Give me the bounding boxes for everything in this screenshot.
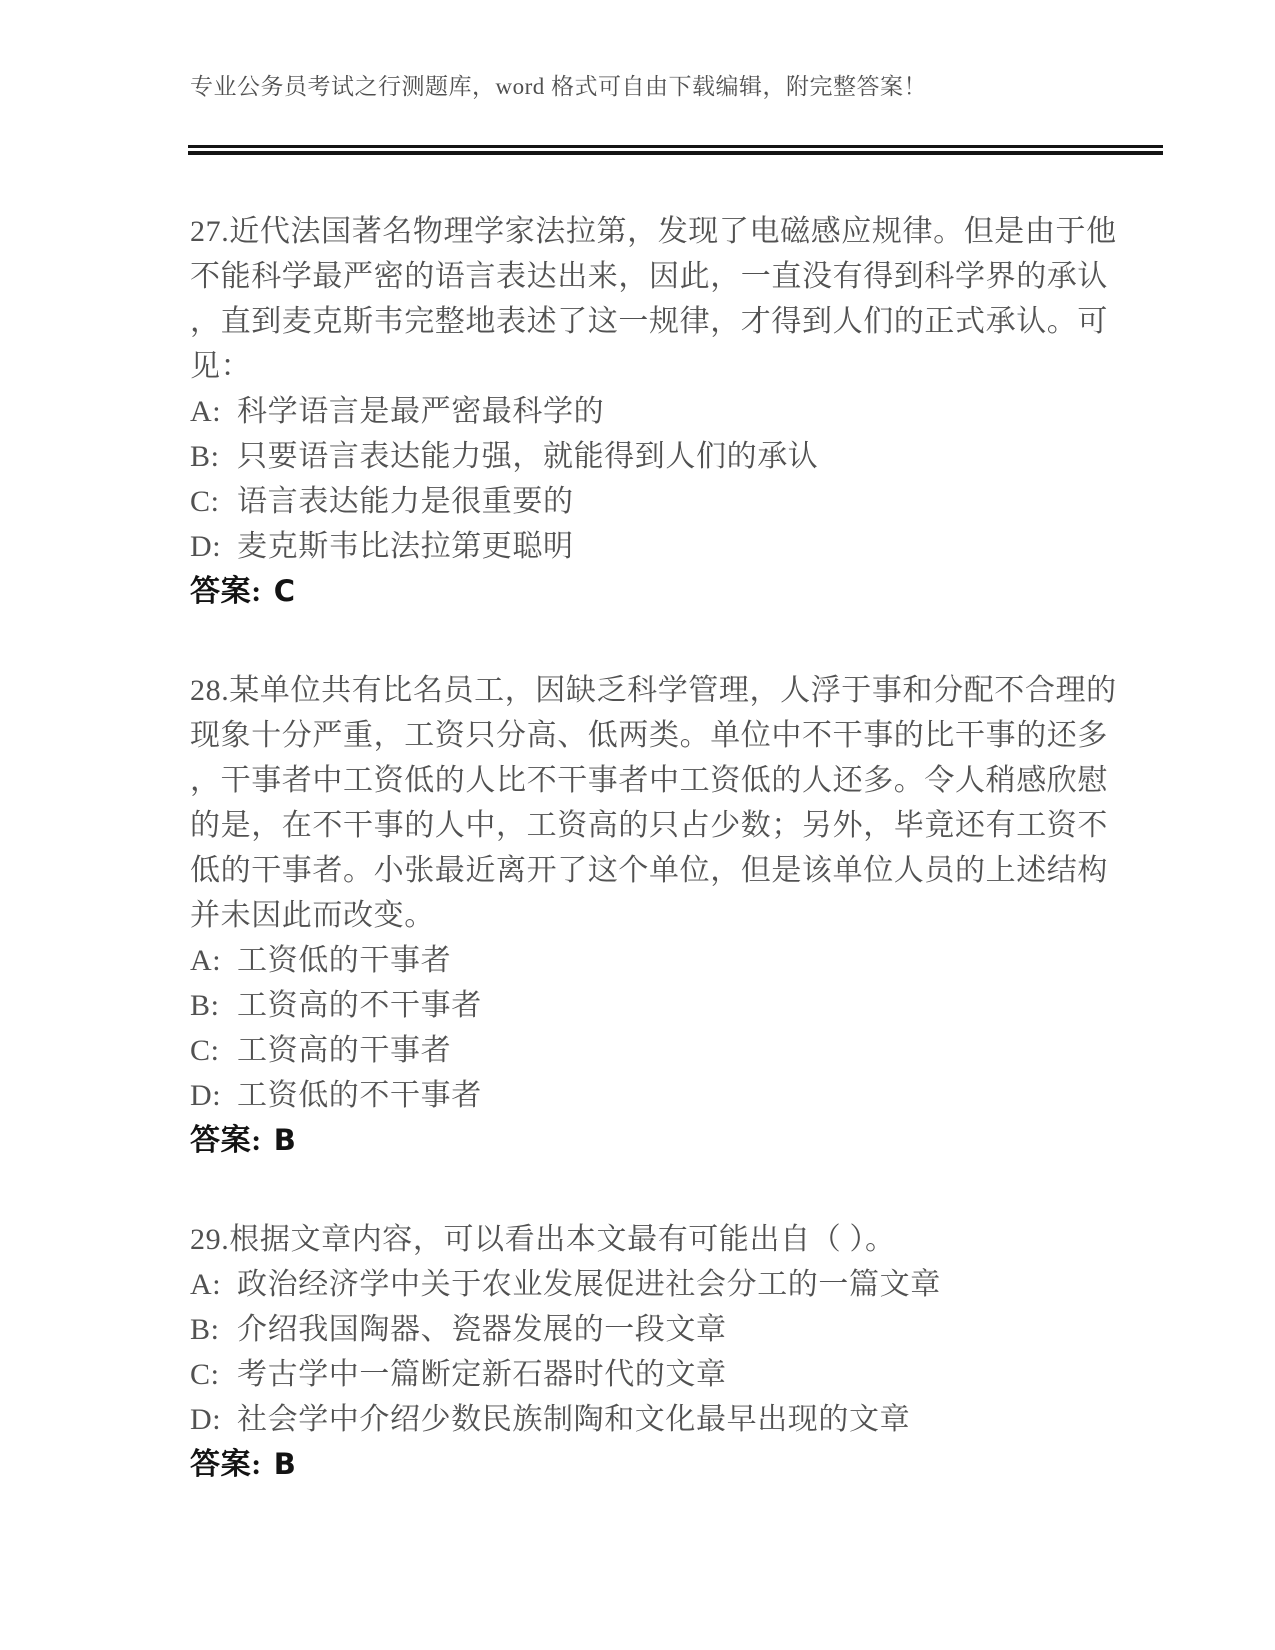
option-text: 考古学中一篇断定新石器时代的文章	[237, 1358, 727, 1391]
option-row-b: B:只要语言表达能力强，就能得到人们的承认	[190, 434, 1130, 479]
option-label: A:	[190, 1262, 237, 1307]
option-row-d: D:社会学中介绍少数民族制陶和文化最早出现的文章	[190, 1397, 1130, 1442]
question-stem-line: 的是，在不干事的人中，工资高的只占少数；另外，毕竟还有工资不	[190, 803, 1130, 848]
option-label: C:	[190, 479, 237, 524]
option-row-a: A:工资低的干事者	[190, 938, 1130, 983]
option-row-d: D:工资低的不干事者	[190, 1073, 1130, 1118]
answer-row: 答案:B	[190, 1442, 1130, 1487]
answer-label: 答案:	[190, 1448, 262, 1481]
option-text: 工资低的不干事者	[237, 1079, 482, 1112]
answer-value: B	[274, 1447, 297, 1481]
questions-content: 27.近代法国著名物理学家法拉第，发现了电磁感应规律。但是由于他 不能科学最严密…	[190, 209, 1130, 1541]
option-label: A:	[190, 389, 237, 434]
question-stem-line: 并未因此而改变。	[190, 893, 1130, 938]
question-stem-line: 低的干事者。小张最近离开了这个单位，但是该单位人员的上述结构	[190, 848, 1130, 893]
option-label: D:	[190, 1073, 237, 1118]
answer-label: 答案:	[190, 575, 262, 608]
option-row-c: C:考古学中一篇断定新石器时代的文章	[190, 1352, 1130, 1397]
option-text: 麦克斯韦比法拉第更聪明	[237, 530, 574, 563]
option-row-a: A:政治经济学中关于农业发展促进社会分工的一篇文章	[190, 1262, 1130, 1307]
answer-row: 答案:B	[190, 1118, 1130, 1163]
option-label: B:	[190, 1307, 237, 1352]
option-text: 工资高的不干事者	[237, 989, 482, 1022]
option-text: 工资低的干事者	[237, 944, 451, 977]
question-block-28: 28.某单位共有比名员工，因缺乏科学管理，人浮于事和分配不合理的 现象十分严重，…	[190, 668, 1130, 1163]
option-row-b: B:介绍我国陶器、瓷器发展的一段文章	[190, 1307, 1130, 1352]
option-label: C:	[190, 1028, 237, 1073]
answer-label: 答案:	[190, 1124, 262, 1157]
option-row-d: D:麦克斯韦比法拉第更聪明	[190, 524, 1130, 569]
answer-row: 答案:C	[190, 569, 1130, 614]
option-label: D:	[190, 524, 237, 569]
option-label: D:	[190, 1397, 237, 1442]
option-text: 政治经济学中关于农业发展促进社会分工的一篇文章	[237, 1268, 941, 1301]
option-label: B:	[190, 983, 237, 1028]
option-label: C:	[190, 1352, 237, 1397]
question-stem-line: 不能科学最严密的语言表达出来，因此，一直没有得到科学界的承认	[190, 254, 1130, 299]
option-row-b: B:工资高的不干事者	[190, 983, 1130, 1028]
option-text: 工资高的干事者	[237, 1034, 451, 1067]
question-block-29: 29.根据文章内容，可以看出本文最有可能出自（ ）。 A:政治经济学中关于农业发…	[190, 1217, 1130, 1487]
question-stem-line: 现象十分严重，工资只分高、低两类。单位中不干事的比干事的还多	[190, 713, 1130, 758]
question-stem-line: 29.根据文章内容，可以看出本文最有可能出自（ ）。	[190, 1217, 1130, 1262]
header-double-rule	[188, 145, 1163, 155]
option-label: A:	[190, 938, 237, 983]
question-stem-line: 28.某单位共有比名员工，因缺乏科学管理，人浮于事和分配不合理的	[190, 668, 1130, 713]
option-text: 科学语言是最严密最科学的	[237, 395, 604, 428]
answer-value: C	[274, 574, 296, 608]
page-header-text: 专业公务员考试之行测题库，word 格式可自由下载编辑，附完整答案！	[190, 72, 1165, 102]
option-row-c: C:语言表达能力是很重要的	[190, 479, 1130, 524]
option-row-c: C:工资高的干事者	[190, 1028, 1130, 1073]
option-text: 语言表达能力是很重要的	[237, 485, 574, 518]
option-text: 只要语言表达能力强，就能得到人们的承认	[237, 440, 818, 473]
document-page: 专业公务员考试之行测题库，word 格式可自由下载编辑，附完整答案！ 27.近代…	[0, 0, 1275, 1650]
question-stem-line: ，干事者中工资低的人比不干事者中工资低的人还多。令人稍感欣慰	[190, 758, 1130, 803]
question-stem-line: 见：	[190, 344, 1130, 389]
answer-value: B	[274, 1123, 297, 1157]
question-block-27: 27.近代法国著名物理学家法拉第，发现了电磁感应规律。但是由于他 不能科学最严密…	[190, 209, 1130, 614]
question-stem-line: ，直到麦克斯韦完整地表述了这一规律，才得到人们的正式承认。可	[190, 299, 1130, 344]
option-label: B:	[190, 434, 237, 479]
question-stem-line: 27.近代法国著名物理学家法拉第，发现了电磁感应规律。但是由于他	[190, 209, 1130, 254]
option-text: 社会学中介绍少数民族制陶和文化最早出现的文章	[237, 1403, 910, 1436]
option-text: 介绍我国陶器、瓷器发展的一段文章	[237, 1313, 727, 1346]
option-row-a: A:科学语言是最严密最科学的	[190, 389, 1130, 434]
